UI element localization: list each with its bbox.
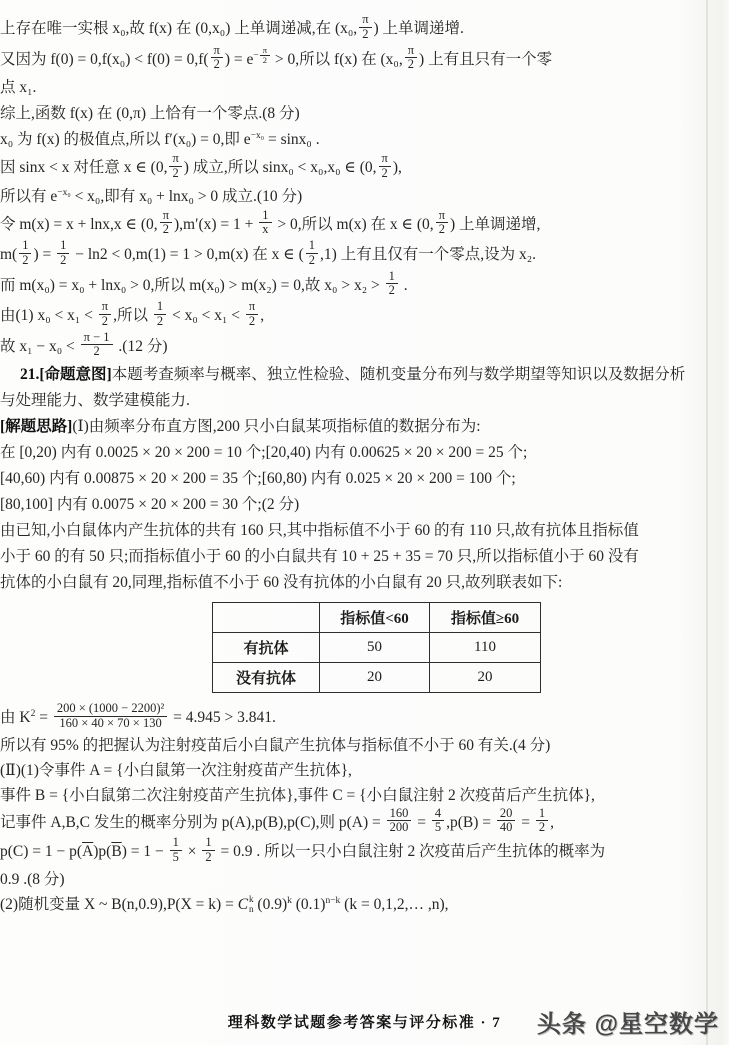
text-segment: = 0.9 . 所以一只小白鼠注射 2 次疫苗后产生抗体的概率为 [217, 843, 606, 860]
text-segment: , [550, 814, 554, 831]
overline-variable: A [82, 843, 93, 860]
fraction-denominator: 2 [160, 222, 172, 237]
text-segment: = [35, 709, 52, 726]
text-segment: (k = 0,1,2,… ,n), [340, 896, 448, 913]
text-segment: × [184, 843, 201, 860]
text-segment: ) 上有且只有一个零 [419, 51, 552, 68]
fraction-denominator: 2 [81, 344, 113, 359]
text-line: [80,100] 内有 0.0075 × 20 × 200 = 30 个;(2 … [0, 493, 729, 517]
cell-antibody-lt60: 50 [320, 633, 430, 663]
text-segment: [80,100] 内有 0.0075 × 20 × 200 = 30 个;(2 … [0, 496, 299, 513]
fraction-numerator: π [379, 152, 391, 166]
fraction-numerator: 1 [154, 300, 166, 314]
text-segment: , [260, 307, 264, 324]
text-segment: (0.9) [254, 896, 288, 913]
text-segment: ,1) 上有且仅有一个零点,设为 x₂. [320, 246, 536, 263]
text-segment: > 0,所以 f(x) 在 (x₀, [271, 51, 403, 68]
text-segment: 小于 60 的有 50 只;而指标值小于 60 的小白鼠共有 10 + 25 +… [0, 548, 639, 565]
text-segment: ) 上单调递增. [374, 20, 464, 37]
text-segment: 由 K [0, 709, 31, 726]
fraction: π2 [379, 152, 391, 181]
fraction: 12 [202, 836, 214, 865]
superscript: −x₀ [251, 131, 264, 141]
text-segment: 与处理能力、数学建模能力. [0, 392, 190, 409]
text-segment: 因 sinx < x 对任意 x ∈ (0, [0, 159, 167, 176]
fraction-denominator: 40 [497, 820, 516, 835]
fraction: π2 [260, 46, 270, 66]
fraction-denominator: 5 [170, 850, 182, 865]
fraction-denominator: 160 × 40 × 70 × 130 [54, 716, 167, 731]
fraction-denominator: 2 [169, 166, 181, 181]
text-segment: ), [393, 159, 402, 176]
fraction-denominator: 2 [99, 314, 111, 329]
text-segment: .(12 分) [115, 338, 168, 355]
text-line: 令 m(x) = x + lnx,x ∈ (0,π2),m′(x) = 1 + … [0, 211, 729, 240]
fraction-denominator: 2 [536, 820, 548, 835]
text-line: 点 x₁. [0, 76, 729, 100]
fraction-denominator: 200 [387, 820, 412, 835]
fraction: π2 [405, 44, 417, 73]
text-segment: 而 m(x₀) = x₀ + lnx₀ > 0,所以 m(x₀) > m(x₂)… [0, 277, 384, 294]
bold-label: [解题思路] [0, 418, 72, 435]
fraction-numerator: 200 × (1000 − 2200)² [54, 702, 167, 716]
text-line: 0.9 .(8 分) [0, 868, 729, 892]
text-line: (Ⅱ)(1)令事件 A = {小白鼠第一次注射疫苗产生抗体}, [0, 759, 729, 783]
fraction-numerator: 1 [19, 239, 31, 253]
fraction: 12 [19, 239, 31, 268]
text-segment: 事件 B = {小白鼠第二次注射疫苗产生抗体},事件 C = {小白鼠注射 2 … [0, 787, 595, 804]
text-segment: x₀ 为 f(x) 的极值点,所以 f′(x₀) = 0,即 e [0, 131, 251, 148]
contingency-table: 指标值<60 指标值≥60 有抗体 50 110 没有抗体 20 20 [212, 602, 541, 693]
bold-label: 21.[命题意图] [20, 366, 112, 383]
fraction-denominator: 2 [246, 314, 258, 329]
text-segment: 由(1) x₀ < x₁ < [0, 307, 97, 324]
text-line: 所以有 95% 的把握认为注射疫苗后小白鼠产生抗体与指标值不小于 60 有关.(… [0, 734, 729, 758]
fraction-denominator: 2 [211, 57, 223, 72]
fraction-numerator: 1 [259, 209, 271, 223]
fraction: π2 [160, 209, 172, 238]
text-line: 与处理能力、数学建模能力. [0, 389, 729, 413]
text-segment: 在 [0,20) 内有 0.0025 × 20 × 200 = 10 个;[20… [0, 444, 527, 461]
fraction-numerator: 1 [57, 239, 69, 253]
text-line: 小于 60 的有 50 只;而指标值小于 60 的小白鼠共有 10 + 25 +… [0, 545, 729, 569]
fraction-numerator: 1 [306, 239, 318, 253]
text-line: 而 m(x₀) = x₀ + lnx₀ > 0,所以 m(x₀) > m(x₂)… [0, 272, 729, 301]
fraction-numerator: π [99, 300, 111, 314]
fraction: 12 [154, 300, 166, 329]
table-corner-cell [213, 603, 320, 633]
text-segment: ) 上单调递增, [450, 216, 540, 233]
fraction-denominator: 2 [436, 222, 448, 237]
text-segment: 综上,函数 f(x) 在 (0,π) 上恰有一个零点.(8 分) [0, 105, 300, 122]
fraction-denominator: x [259, 222, 271, 237]
fraction-denominator: 2 [57, 253, 69, 268]
text-segment: 上存在唯一实根 x₀,故 f(x) 在 (0,x₀) 上单调递减,在 (x₀, [0, 20, 357, 37]
fraction-numerator: π [260, 46, 270, 55]
text-segment: 令 m(x) = x + lnx,x ∈ (0, [0, 216, 158, 233]
text-line: 由 K2 = 200 × (1000 − 2200)²160 × 40 × 70… [0, 704, 729, 733]
cell-no-antibody-lt60: 20 [320, 663, 430, 693]
fraction-numerator: 20 [497, 807, 516, 821]
text-segment: p(C) = 1 − p( [0, 843, 82, 860]
fraction: 12 [57, 239, 69, 268]
text-line: [40,60) 内有 0.00875 × 20 × 200 = 35 个;[60… [0, 467, 729, 491]
fraction-denominator: 5 [432, 820, 444, 835]
text-segment: = [517, 814, 534, 831]
table-header-lt60: 指标值<60 [320, 603, 430, 633]
text-segment: ) = e [225, 51, 254, 68]
fraction-numerator: 160 [387, 807, 412, 821]
fraction-denominator: 2 [405, 57, 417, 72]
text-line: 故 x₁ − x₀ < π − 12 .(12 分) [0, 333, 729, 362]
text-segment: 故 x₁ − x₀ < [0, 338, 79, 355]
text-line: m(12) = 12 − ln2 < 0,m(1) = 1 > 0,m(x) 在… [0, 241, 729, 270]
text-segment: (Ⅱ)(1)令事件 A = {小白鼠第一次注射疫苗产生抗体}, [0, 762, 352, 779]
text-segment: (0.1) [292, 896, 326, 913]
text-segment: (2)随机变量 X ~ B(n,0.9),P(X = k) = [0, 896, 238, 913]
superscript-fraction: −π2 [253, 51, 271, 61]
superscript: n−k [325, 896, 340, 906]
text-line: 上存在唯一实根 x₀,故 f(x) 在 (0,x₀) 上单调递减,在 (x₀,π… [0, 15, 729, 44]
fraction: π − 12 [81, 331, 113, 360]
text-line: 所以有 e−x₀ < x₀,即有 x₀ + lnx₀ > 0 成立.(10 分) [0, 185, 729, 209]
table-header-row: 指标值<60 指标值≥60 [213, 603, 541, 633]
text-segment: ) = 1 − [122, 843, 168, 860]
fraction: π2 [246, 300, 258, 329]
fraction-numerator: π [246, 300, 258, 314]
combination-letter: C [238, 893, 248, 917]
fraction: 160200 [387, 807, 412, 836]
text-segment: 所以有 95% 的把握认为注射疫苗后小白鼠产生抗体与指标值不小于 60 有关.(… [0, 737, 550, 754]
text-segment: = [413, 814, 430, 831]
text-segment: 由已知,小白鼠体内产生抗体的共有 160 只,其中指标值不小于 60 的有 11… [0, 522, 639, 539]
text-line: [解题思路](Ⅰ)由频率分布直方图,200 只小白鼠某项指标值的数据分布为: [0, 415, 729, 439]
cell-antibody-ge60: 110 [430, 633, 541, 663]
text-segment: > 0,所以 m(x) 在 x ∈ (0, [274, 216, 434, 233]
fraction-numerator: 4 [432, 807, 444, 821]
fraction-denominator: 2 [260, 55, 270, 65]
fraction-numerator: 1 [202, 836, 214, 850]
fraction-numerator: 1 [170, 836, 182, 850]
fraction-denominator: 2 [202, 850, 214, 865]
fraction: 12 [536, 807, 548, 836]
text-segment: 记事件 A,B,C 发生的概率分别为 p(A),p(B),p(C),则 p(A)… [0, 814, 385, 831]
fraction-numerator: π [436, 209, 448, 223]
text-line: p(C) = 1 − p(A)p(B) = 1 − 15 × 12 = 0.9 … [0, 838, 729, 867]
fraction: π2 [436, 209, 448, 238]
fraction: π2 [169, 152, 181, 181]
text-line: 在 [0,20) 内有 0.0025 × 20 × 200 = 10 个;[20… [0, 441, 729, 465]
text-segment: < x₀ < x₁ < [168, 307, 244, 324]
fraction-numerator: π [169, 152, 181, 166]
text-line: 由(1) x₀ < x₁ < π2,所以 12 < x₀ < x₁ < π2, [0, 302, 729, 331]
table-row: 有抗体 50 110 [213, 633, 541, 663]
text-segment: ),m′(x) = 1 + [174, 216, 257, 233]
fraction-numerator: 1 [386, 270, 398, 284]
answer-section-problem20: 上存在唯一实根 x₀,故 f(x) 在 (0,x₀) 上单调递减,在 (x₀,π… [0, 0, 729, 595]
fraction: 1x [259, 209, 271, 238]
fraction: 12 [386, 270, 398, 299]
text-segment: ,p(B) = [446, 814, 495, 831]
text-segment: 点 x₁. [0, 79, 36, 96]
text-line: 又因为 f(0) = 0,f(x₀) < f(0) = 0,f(π2) = e−… [0, 46, 729, 75]
text-line: 记事件 A,B,C 发生的概率分别为 p(A),p(B),p(C),则 p(A)… [0, 809, 729, 838]
text-segment: 抗体的小白鼠有 20,同理,指标值不小于 60 没有抗体的小白鼠有 20 只,故… [0, 574, 562, 591]
text-line: x₀ 为 f(x) 的极值点,所以 f′(x₀) = 0,即 e−x₀ = si… [0, 128, 729, 152]
text-segment: 又因为 f(0) = 0,f(x₀) < f(0) = 0,f( [0, 51, 209, 68]
text-line: 21.[命题意图]本题考查频率与概率、独立性检验、随机变量分布列与数学期望等知识… [20, 363, 729, 387]
overline-variable: B [111, 843, 121, 860]
text-segment: < x₀,即有 x₀ + lnx₀ > 0 成立.(10 分) [71, 188, 302, 205]
text-line: (2)随机变量 X ~ B(n,0.9),P(X = k) = Ckn (0.9… [0, 893, 729, 917]
text-segment: ) 成立,所以 sinx₀ < x₀,x₀ ∈ (0, [184, 159, 377, 176]
table-row: 没有抗体 20 20 [213, 663, 541, 693]
fraction-numerator: π [160, 209, 172, 223]
text-segment: m( [0, 246, 17, 263]
fraction: 200 × (1000 − 2200)²160 × 40 × 70 × 130 [54, 702, 167, 731]
fraction: 45 [432, 807, 444, 836]
fraction-denominator: 2 [386, 283, 398, 298]
row-label-antibody: 有抗体 [213, 633, 320, 663]
superscript: −x₀ [57, 188, 70, 198]
fraction: 15 [170, 836, 182, 865]
text-segment: 所以有 e [0, 188, 57, 205]
fraction-numerator: π [359, 13, 371, 27]
fraction: π2 [211, 44, 223, 73]
fraction-numerator: π − 1 [81, 331, 113, 345]
fraction-numerator: π [211, 44, 223, 58]
text-segment: = 4.945 > 3.841. [169, 709, 276, 726]
text-segment: = sinx₀ . [264, 131, 319, 148]
row-label-no-antibody: 没有抗体 [213, 663, 320, 693]
text-segment: [40,60) 内有 0.00875 × 20 × 200 = 35 个;[60… [0, 470, 516, 487]
fraction-numerator: π [405, 44, 417, 58]
fraction-numerator: 1 [536, 807, 548, 821]
fraction-denominator: 2 [359, 27, 371, 42]
text-line: 抗体的小白鼠有 20,同理,指标值不小于 60 没有抗体的小白鼠有 20 只,故… [0, 571, 729, 595]
text-line: 由已知,小白鼠体内产生抗体的共有 160 只,其中指标值不小于 60 的有 11… [0, 519, 729, 543]
text-line: 事件 B = {小白鼠第二次注射疫苗产生抗体},事件 C = {小白鼠注射 2 … [0, 784, 729, 808]
text-segment: 0.9 .(8 分) [0, 871, 65, 888]
table-header-ge60: 指标值≥60 [430, 603, 541, 633]
text-segment: (Ⅰ)由频率分布直方图,200 只小白鼠某项指标值的数据分布为: [72, 418, 480, 435]
fraction-denominator: 2 [19, 253, 31, 268]
combination-symbol: Ckn [238, 893, 254, 917]
fraction-denominator: 2 [306, 253, 318, 268]
watermark: 头条 @星空数学 [537, 1004, 719, 1039]
text-segment: 本题考查频率与概率、独立性检验、随机变量分布列与数学期望等知识以及数据分析 [112, 366, 686, 383]
fraction: π2 [99, 300, 111, 329]
text-segment: ,所以 [113, 307, 152, 324]
fraction: π2 [359, 13, 371, 42]
answer-section-problem21: 由 K2 = 200 × (1000 − 2200)²160 × 40 × 70… [0, 704, 729, 917]
text-segment: . [400, 277, 408, 294]
text-segment: ) = [33, 246, 55, 263]
text-segment: − ln2 < 0,m(1) = 1 > 0,m(x) 在 x ∈ ( [71, 246, 303, 263]
cell-no-antibody-ge60: 20 [430, 663, 541, 693]
fraction-denominator: 2 [379, 166, 391, 181]
fraction: 12 [306, 239, 318, 268]
fraction-denominator: 2 [154, 314, 166, 329]
fraction: 2040 [497, 807, 516, 836]
document-page: 上存在唯一实根 x₀,故 f(x) 在 (0,x₀) 上单调递减,在 (x₀,π… [0, 0, 729, 1045]
text-line: 因 sinx < x 对任意 x ∈ (0,π2) 成立,所以 sinx₀ < … [0, 154, 729, 183]
text-line: 综上,函数 f(x) 在 (0,π) 上恰有一个零点.(8 分) [0, 102, 729, 126]
text-segment: )p( [93, 843, 111, 860]
